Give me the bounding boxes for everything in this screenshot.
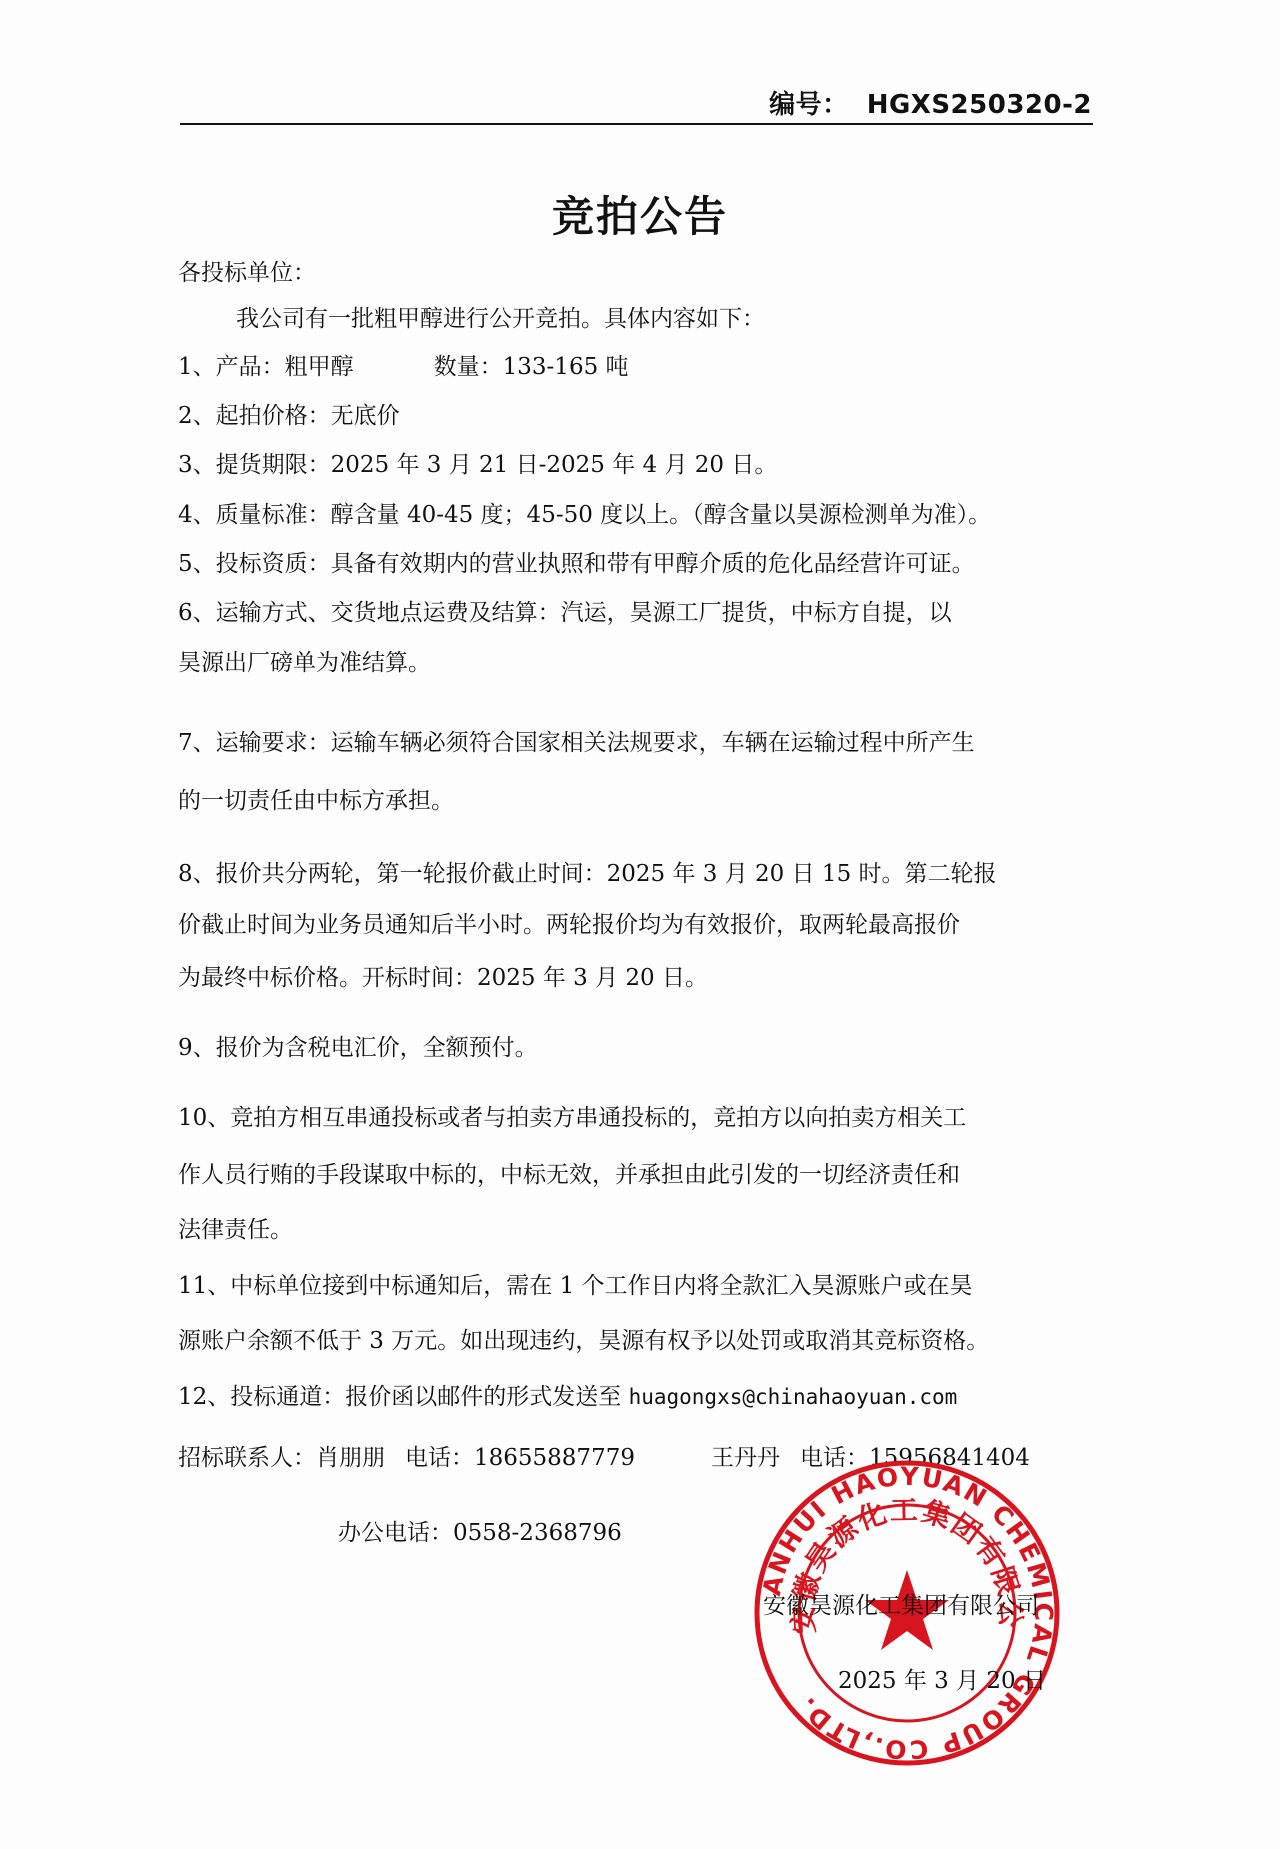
item-8-line-2: 价截止时间为业务员通知后半小时。两轮报价均为有效报价，取两轮最高报价 xyxy=(178,910,960,940)
salutation: 各投标单位： xyxy=(178,258,316,288)
item-3: 3、提货期限：2025 年 3 月 21 日-2025 年 4 月 20 日。 xyxy=(178,450,777,480)
document-number: 编号：HGXS250320-2 xyxy=(769,84,1092,121)
item-6-line-2: 昊源出厂磅单为准结算。 xyxy=(178,648,431,678)
contact-2-name: 王丹丹 xyxy=(711,1445,780,1471)
header-divider xyxy=(180,123,1093,125)
item-1: 1、产品：粗甲醇数量：133-165 吨 xyxy=(178,352,629,382)
item-8-line-1: 8、报价共分两轮，第一轮报价截止时间：2025 年 3 月 20 日 15 时。… xyxy=(178,859,997,889)
contacts-label: 招标联系人： xyxy=(178,1445,316,1471)
intro-paragraph: 我公司有一批粗甲醇进行公开竞拍。具体内容如下： xyxy=(236,304,765,334)
item-10-line-3: 法律责任。 xyxy=(178,1215,293,1245)
item-11-line-2: 源账户余额不低于 3 万元。如出现违约，昊源有权予以处罚或取消其竞标资格。 xyxy=(178,1326,989,1356)
document-number-label: 编号： xyxy=(769,90,849,120)
document-page: 编号：HGXS250320-2 竞拍公告 各投标单位： 我公司有一批粗甲醇进行公… xyxy=(0,0,1280,1849)
signature-date: 2025 年 3 月 20 日 xyxy=(838,1662,1046,1695)
item-2: 2、起拍价格：无底价 xyxy=(178,401,400,431)
item-4: 4、质量标准：醇含量 40-45 度；45-50 度以上。（醇含量以昊源检测单为… xyxy=(178,500,991,530)
contact-1-phone: 电话：18655887779 xyxy=(405,1445,635,1471)
page-title: 竞拍公告 xyxy=(0,184,1280,244)
item-10-line-2: 作人员行贿的手段谋取中标的，中标无效，并承担由此引发的一切经济责任和 xyxy=(178,1160,960,1190)
item-11-line-1: 11、中标单位接到中标通知后，需在 1 个工作日内将全款汇入昊源账户或在昊 xyxy=(178,1271,973,1301)
item-1-product: 1、产品：粗甲醇 xyxy=(178,354,354,380)
item-12-label: 12、投标通道：报价函以邮件的形式发送至 xyxy=(178,1384,629,1410)
item-7-line-1: 7、运输要求：运输车辆必须符合国家相关法规要求，车辆在运输过程中所产生 xyxy=(178,728,975,758)
bid-email-link[interactable]: huagongxs@chinahaoyuan.com xyxy=(629,1385,958,1409)
item-6-line-1: 6、运输方式、交货地点运费及结算：汽运，昊源工厂提货，中标方自提，以 xyxy=(178,598,952,628)
item-1-quantity: 数量：133-165 吨 xyxy=(434,354,629,380)
office-phone: 办公电话：0558-2368796 xyxy=(338,1518,622,1548)
signature-company: 安徽昊源化工集团有限公司 xyxy=(763,1587,1039,1620)
item-9: 9、报价为含税电汇价，全额预付。 xyxy=(178,1033,538,1063)
item-10-line-1: 10、竞拍方相互串通投标或者与拍卖方串通投标的，竞拍方以向拍卖方相关工 xyxy=(178,1103,966,1133)
item-5: 5、投标资质：具备有效期内的营业执照和带有甲醇介质的危化品经营许可证。 xyxy=(178,549,975,579)
contacts-line: 招标联系人：肖朋朋电话：18655887779王丹丹电话：15956841404 xyxy=(178,1443,1030,1473)
document-number-value: HGXS250320-2 xyxy=(867,90,1092,120)
contact-2-phone: 电话：15956841404 xyxy=(800,1445,1030,1471)
item-7-line-2: 的一切责任由中标方承担。 xyxy=(178,786,454,816)
item-12: 12、投标通道：报价函以邮件的形式发送至 huagongxs@chinahaoy… xyxy=(178,1382,957,1412)
item-8-line-3: 为最终中标价格。开标时间：2025 年 3 月 20 日。 xyxy=(178,963,708,993)
contact-1-name: 肖朋朋 xyxy=(316,1445,385,1471)
